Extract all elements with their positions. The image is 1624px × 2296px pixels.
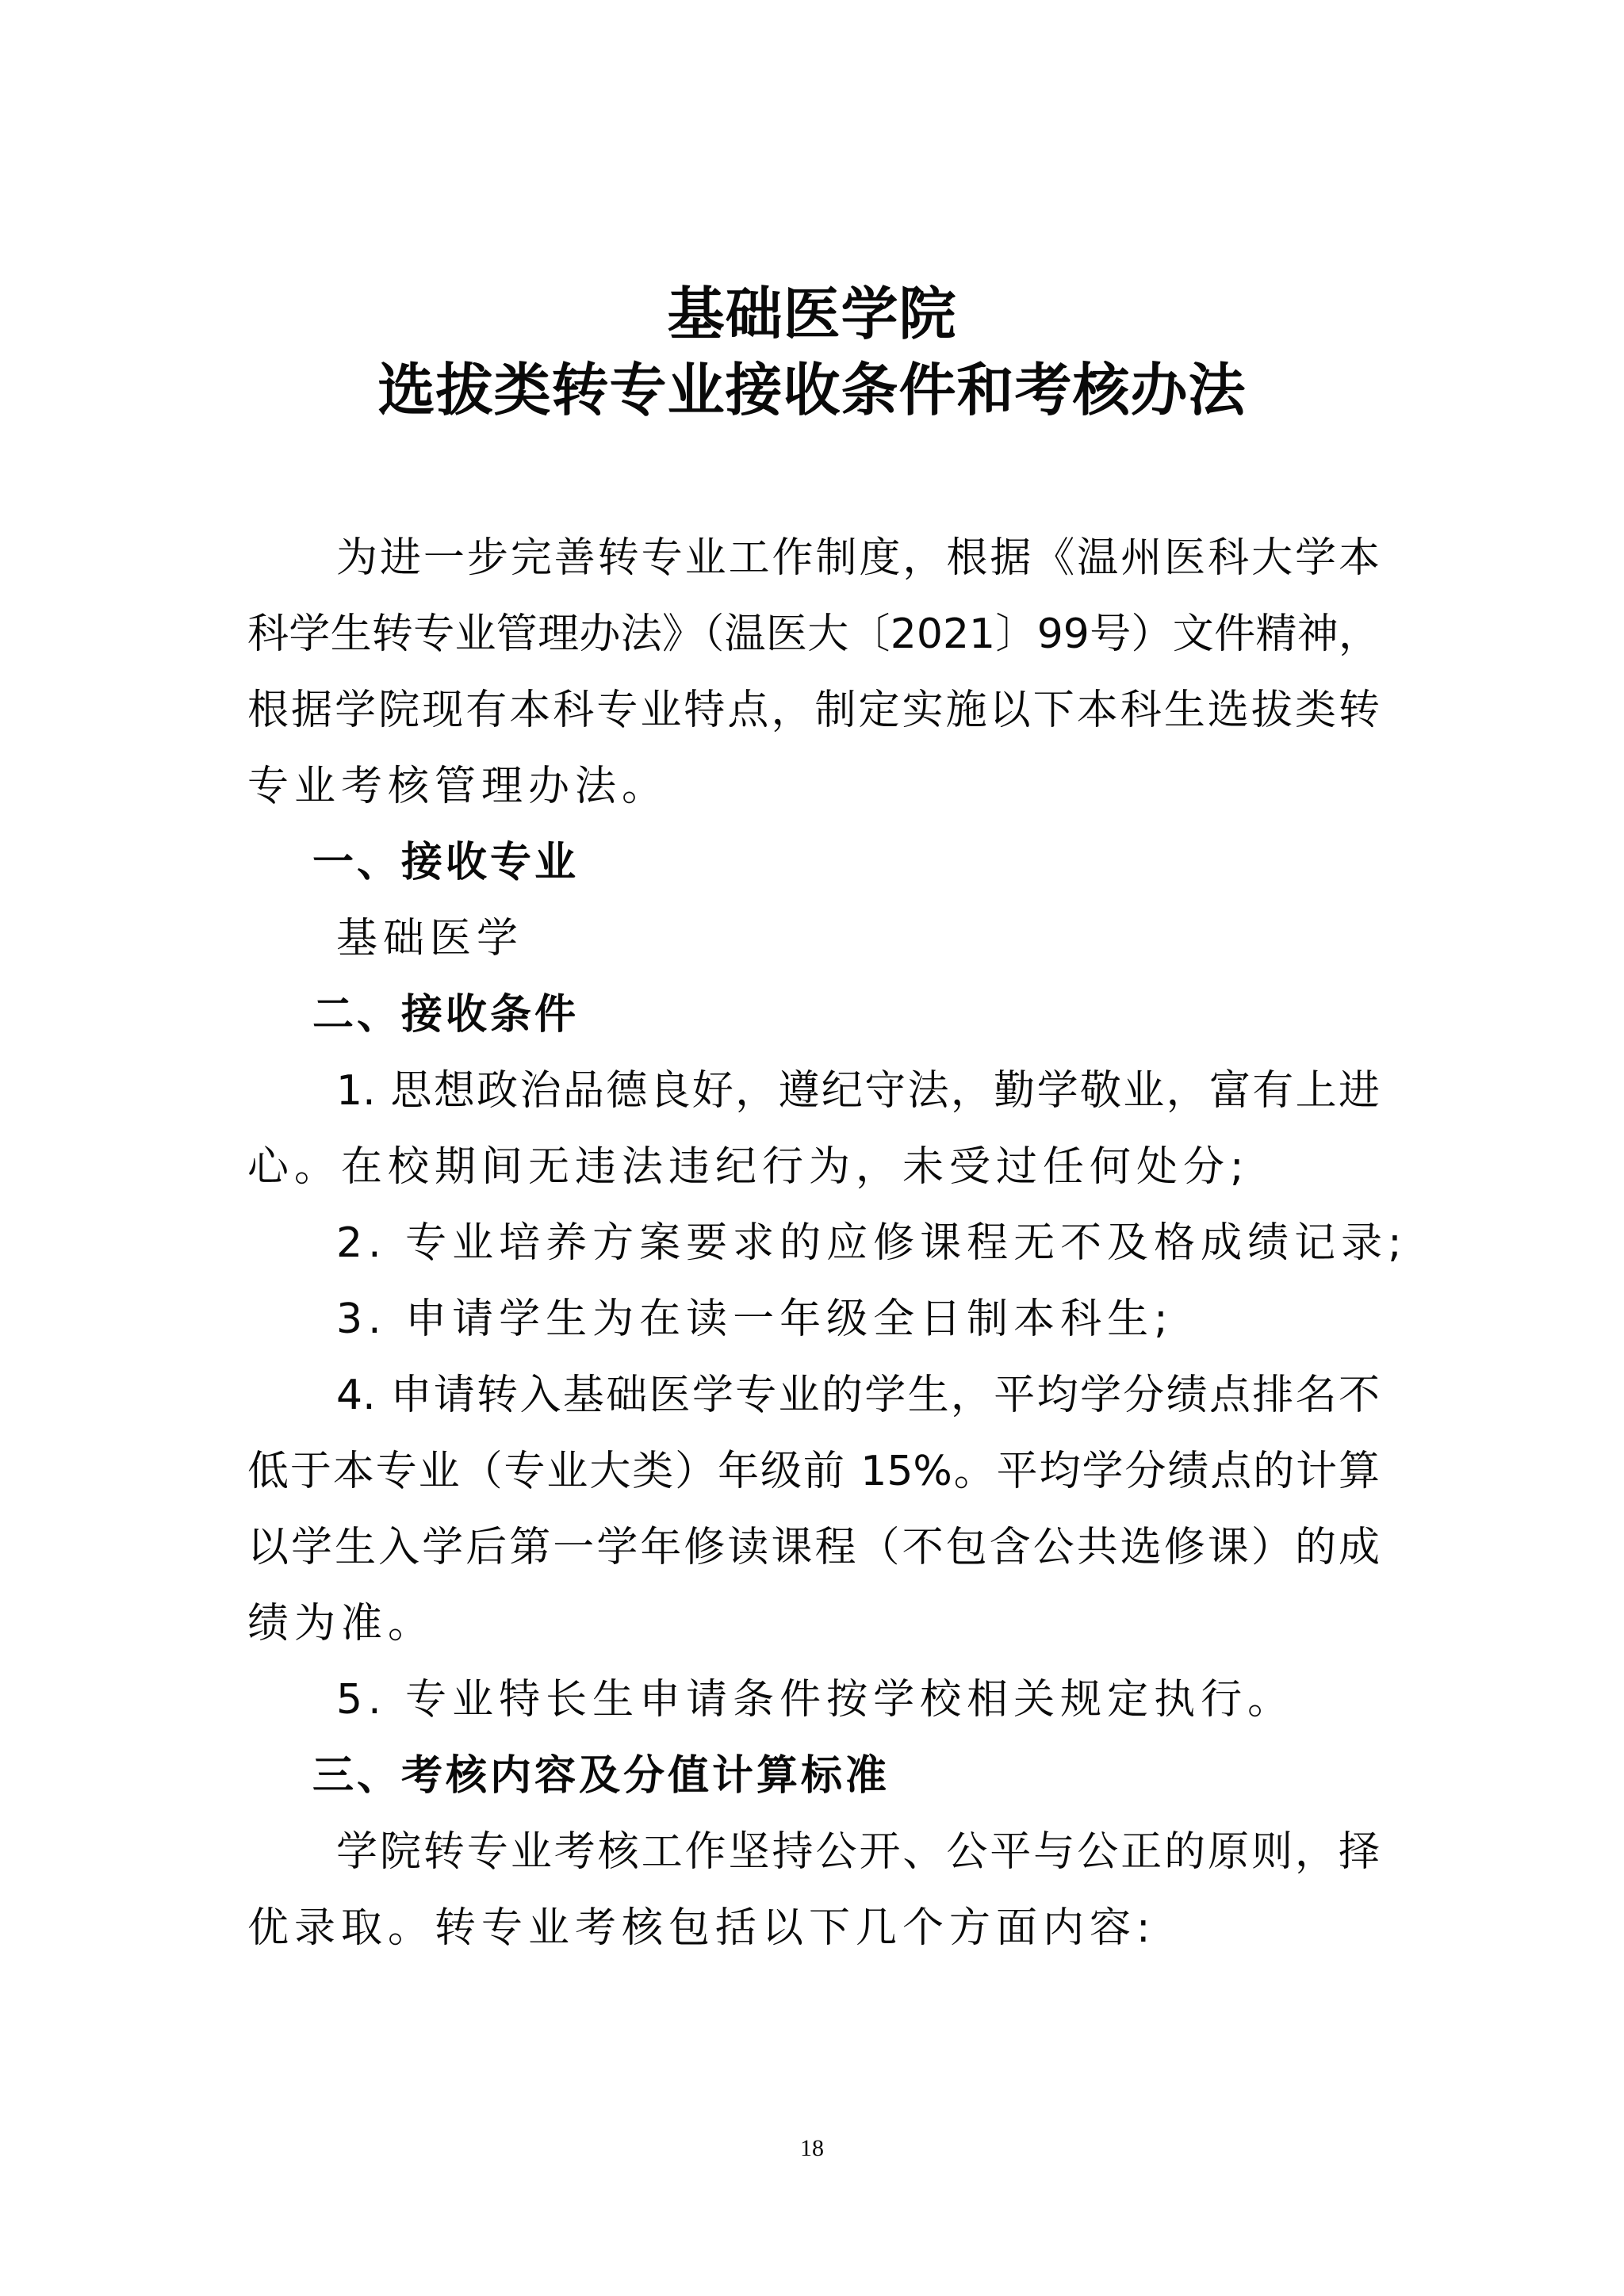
document-title-line-2: 选拔类转专业接收条件和考核办法	[0, 362, 1624, 419]
condition-1-line-2: 心。在校期间无违法违纪行为，未受过任何处分;	[247, 1143, 1250, 1191]
section-1-heading: 一、接收专业	[312, 839, 579, 886]
document-page: 基础医学院 选拔类转专业接收条件和考核办法 为进一步完善转专业工作制度，根据《温…	[0, 0, 1624, 2296]
section-3-paragraph-line-1: 学院转专业考核工作坚持公开、公平与公正的原则，择	[336, 1828, 1380, 1876]
section-3-paragraph-line-2: 优录取。转专业考核包括以下几个方面内容:	[247, 1904, 1156, 1952]
intro-line-3: 根据学院现有本科专业特点，制定实施以下本科生选拔类转	[247, 687, 1380, 734]
condition-1-line-1: 1. 思想政治品德良好，遵纪守法，勤学敬业，富有上进	[336, 1067, 1380, 1115]
intro-line-4: 专业考核管理办法。	[247, 763, 668, 810]
condition-2: 2. 专业培养方案要求的应修课程无不及格成绩记录;	[336, 1219, 1408, 1267]
condition-4-line-2: 低于本专业（专业大类）年级前 15%。平均学分绩点的计算	[247, 1448, 1380, 1495]
section-2-heading: 二、接收条件	[312, 991, 579, 1039]
condition-4-line-4: 绩为准。	[247, 1600, 435, 1647]
condition-4-line-1: 4. 申请转入基础医学专业的学生，平均学分绩点排名不	[336, 1372, 1380, 1419]
page-number: 18	[0, 2135, 1624, 2162]
condition-4-line-3: 以学生入学后第一学年修读课程（不包含公共选修课）的成	[247, 1524, 1380, 1571]
intro-line-1: 为进一步完善转专业工作制度，根据《温州医科大学本	[336, 534, 1380, 582]
condition-5: 5. 专业特长生申请条件按学校相关规定执行。	[336, 1676, 1294, 1724]
intro-line-2: 科学生转专业管理办法》（温医大〔2021〕99号）文件精神，	[247, 610, 1380, 658]
document-title-line-1: 基础医学院	[0, 285, 1624, 342]
section-3-heading: 三、考核内容及分值计算标准	[312, 1752, 890, 1800]
condition-3: 3. 申请学生为在读一年级全日制本科生;	[336, 1295, 1174, 1343]
section-1-content: 基础医学	[336, 915, 523, 962]
